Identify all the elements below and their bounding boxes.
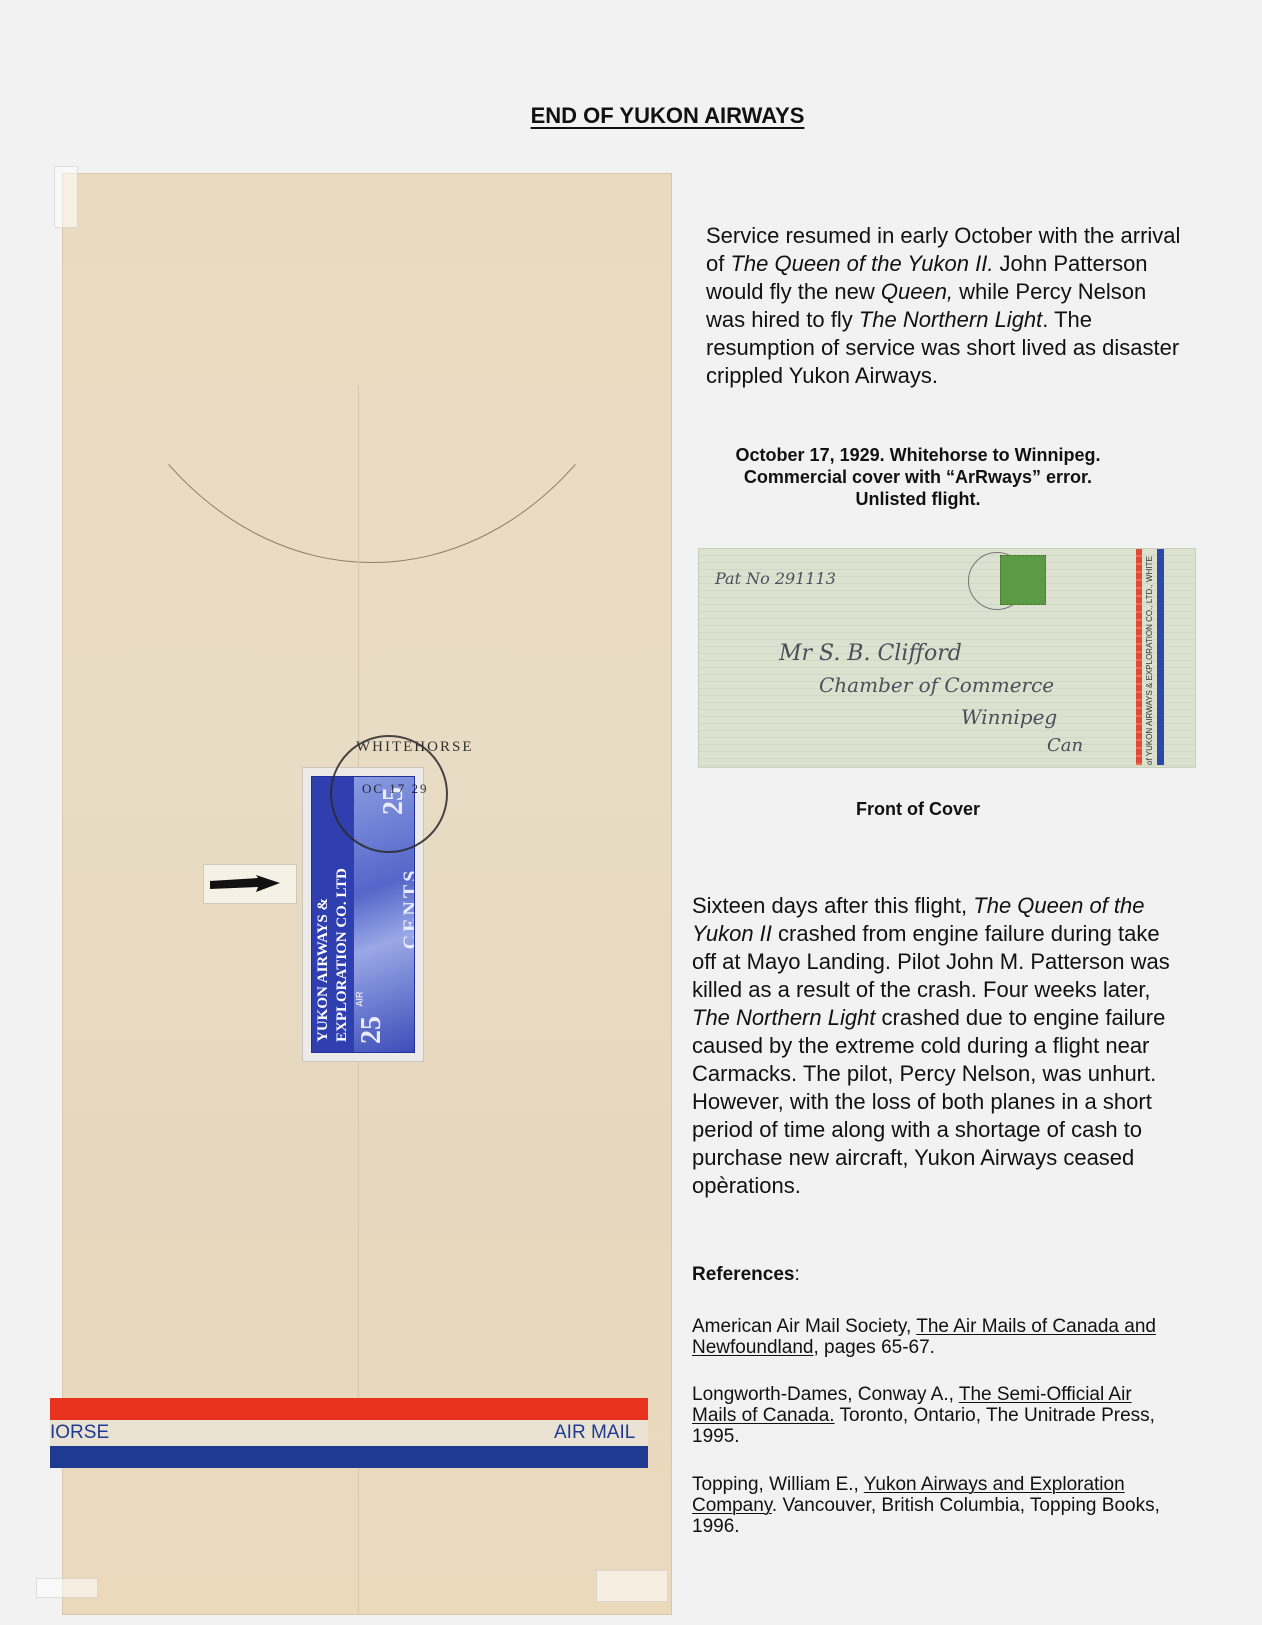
airmail-band-right-label: AIR MAIL (554, 1420, 635, 1446)
cover-airmail-stripe-blue (1157, 549, 1164, 765)
cover-address-line3: Winnipeg (961, 705, 1057, 729)
cover-address-line2: Chamber of Commerce (819, 673, 1054, 697)
airmail-band-left-label: IORSE (50, 1420, 109, 1446)
stamp-air-label: AIR (355, 991, 365, 1006)
reference-item: Topping, William E., Yukon Airways and E… (692, 1474, 1172, 1537)
mount-corner (36, 1578, 98, 1598)
main-paragraph: Sixteen days after this flight, The Quee… (692, 892, 1172, 1200)
intro-paragraph: Service resumed in early October with th… (706, 222, 1186, 390)
mount-corner (54, 166, 78, 228)
mount-corner (596, 1570, 668, 1602)
envelope-flap-outline (70, 0, 674, 563)
cover-caption-line3: Unlisted flight. (698, 488, 1138, 510)
cover-caption-line1: October 17, 1929. Whitehorse to Winnipeg… (698, 444, 1138, 466)
cover-caption: October 17, 1929. Whitehorse to Winnipeg… (698, 444, 1138, 510)
stamp-denomination: CENTS (399, 868, 415, 950)
cover-caption-line2: Commercial cover with “ArRways” error. (698, 466, 1138, 488)
cover-airmail-stripe-red (1136, 549, 1142, 765)
front-cover-image: Pat No 291113 Mr S. B. Clifford Chamber … (698, 548, 1196, 768)
cover-address-line1: Mr S. B. Clifford (779, 641, 962, 666)
cover-address-line4: Can (1047, 735, 1083, 756)
stamp-value-bottom: 25 (356, 1016, 388, 1044)
cover-green-stamp (1000, 555, 1046, 605)
right-arrow-icon (210, 875, 280, 893)
references-heading: References: (692, 1264, 800, 1286)
reference-item: Longworth-Dames, Conway A., The Semi-Off… (692, 1384, 1172, 1447)
airmail-band-red (50, 1398, 648, 1420)
front-of-cover-label: Front of Cover (698, 798, 1138, 820)
whitehorse-postmark: WHITEHORSE OC 17 29 (330, 735, 448, 853)
cover-notation: Pat No 291113 (715, 569, 836, 588)
airmail-band-blue (50, 1446, 648, 1468)
cover-side-printing: of YUKON AIRWAYS & EXPLORATION CO., LTD.… (1144, 549, 1156, 765)
reference-item: American Air Mail Society, The Air Mails… (692, 1316, 1172, 1358)
arrow-pointer-tab (203, 864, 297, 904)
